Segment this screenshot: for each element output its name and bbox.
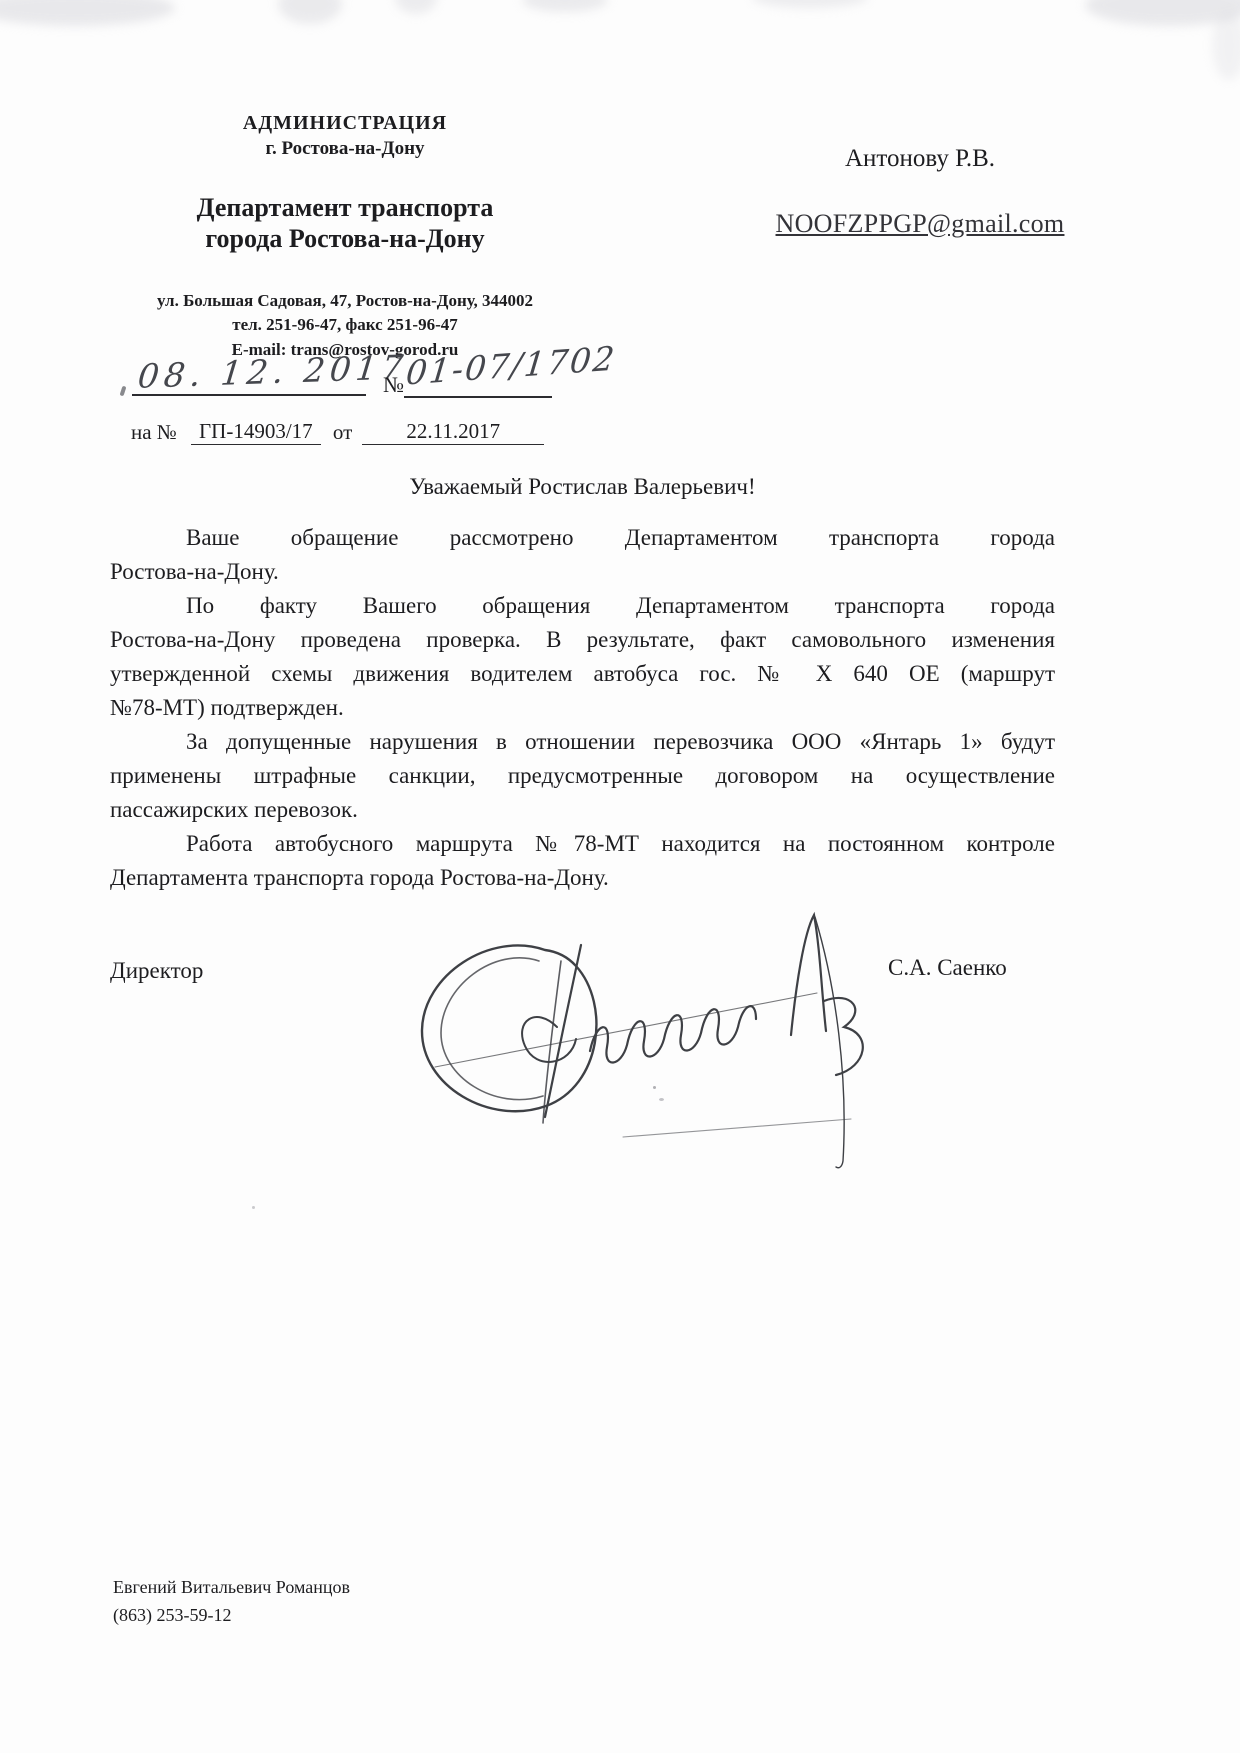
letter-page: АДМИНИСТРАЦИЯ г. Ростова-на-Дону Департа… — [0, 0, 1240, 1753]
body-line: За допущенные нарушения в отношении пере… — [110, 725, 1055, 759]
incoming-reference-line: на №ГП-14903/17от22.11.2017 — [131, 419, 544, 445]
letterhead: АДМИНИСТРАЦИЯ г. Ростова-на-Дону Департа… — [110, 112, 580, 362]
recipient-block: Антонову Р.В. NOOFZPPGP@gmail.com — [740, 145, 1100, 239]
reply-date: 22.11.2017 — [362, 419, 544, 445]
reply-from-label: от — [333, 420, 352, 445]
signature-scribble — [395, 905, 885, 1175]
executor-block: Евгений Витальевич Романцов (863) 253-59… — [113, 1574, 350, 1630]
body-line: №78-МТ) подтвержден. — [110, 691, 1055, 725]
body-line: Ростова-на-Дону. — [110, 555, 1055, 589]
recipient-email: NOOFZPPGP@gmail.com — [740, 209, 1100, 239]
dept-name-line1: Департамент транспорта — [110, 193, 580, 224]
org-address: ул. Большая Садовая, 47, Ростов-на-Дону,… — [110, 289, 580, 313]
scan-smudge — [278, 0, 342, 24]
scan-speck — [252, 1206, 255, 1209]
body-line: По факту Вашего обращения Департаментом … — [110, 589, 1055, 623]
dept-name-line2: города Ростова-на-Дону — [110, 224, 580, 255]
scan-smudge — [0, 0, 175, 26]
scan-smudge — [395, 0, 437, 14]
number-sign: № — [383, 372, 404, 398]
reply-number: ГП-14903/17 — [191, 419, 321, 445]
signer-name: С.А. Саенко — [888, 955, 1007, 981]
body-line: пассажирских перевозок. — [110, 793, 1055, 827]
scan-smudge — [1212, 10, 1240, 80]
body-line: Ваше обращение рассмотрено Департаментом… — [110, 521, 1055, 555]
body-line: Работа автобусного маршрута №78-МТ наход… — [110, 827, 1055, 861]
recipient-name: Антонову Р.В. — [740, 145, 1100, 173]
letter-body: Ваше обращение рассмотрено Департаментом… — [110, 521, 1055, 895]
executor-phone: (863) 253-59-12 — [113, 1602, 350, 1630]
org-phone: тел. 251-96-47, факс 251-96-47 — [110, 313, 580, 337]
signer-position: Директор — [110, 958, 203, 984]
scan-smudge — [752, 0, 868, 8]
scan-speck — [120, 386, 127, 397]
reply-prefix: на № — [131, 420, 177, 445]
body-line: Ростова-на-Дону проведена проверка. В ре… — [110, 623, 1055, 657]
scan-smudge — [522, 0, 608, 12]
org-name: АДМИНИСТРАЦИЯ — [110, 112, 580, 135]
body-line: применены штрафные санкции, предусмотрен… — [110, 759, 1055, 793]
body-line: утвержденной схемы движения водителем ав… — [110, 657, 1055, 691]
executor-name: Евгений Витальевич Романцов — [113, 1574, 350, 1602]
handwritten-date: 08. 12. 2017 — [136, 347, 410, 396]
org-city: г. Ростова-на-Дону — [110, 138, 580, 160]
salutation: Уважаемый Ростислав Валерьевич! — [110, 474, 1055, 500]
body-line: Департамента транспорта города Ростова-н… — [110, 861, 1055, 895]
